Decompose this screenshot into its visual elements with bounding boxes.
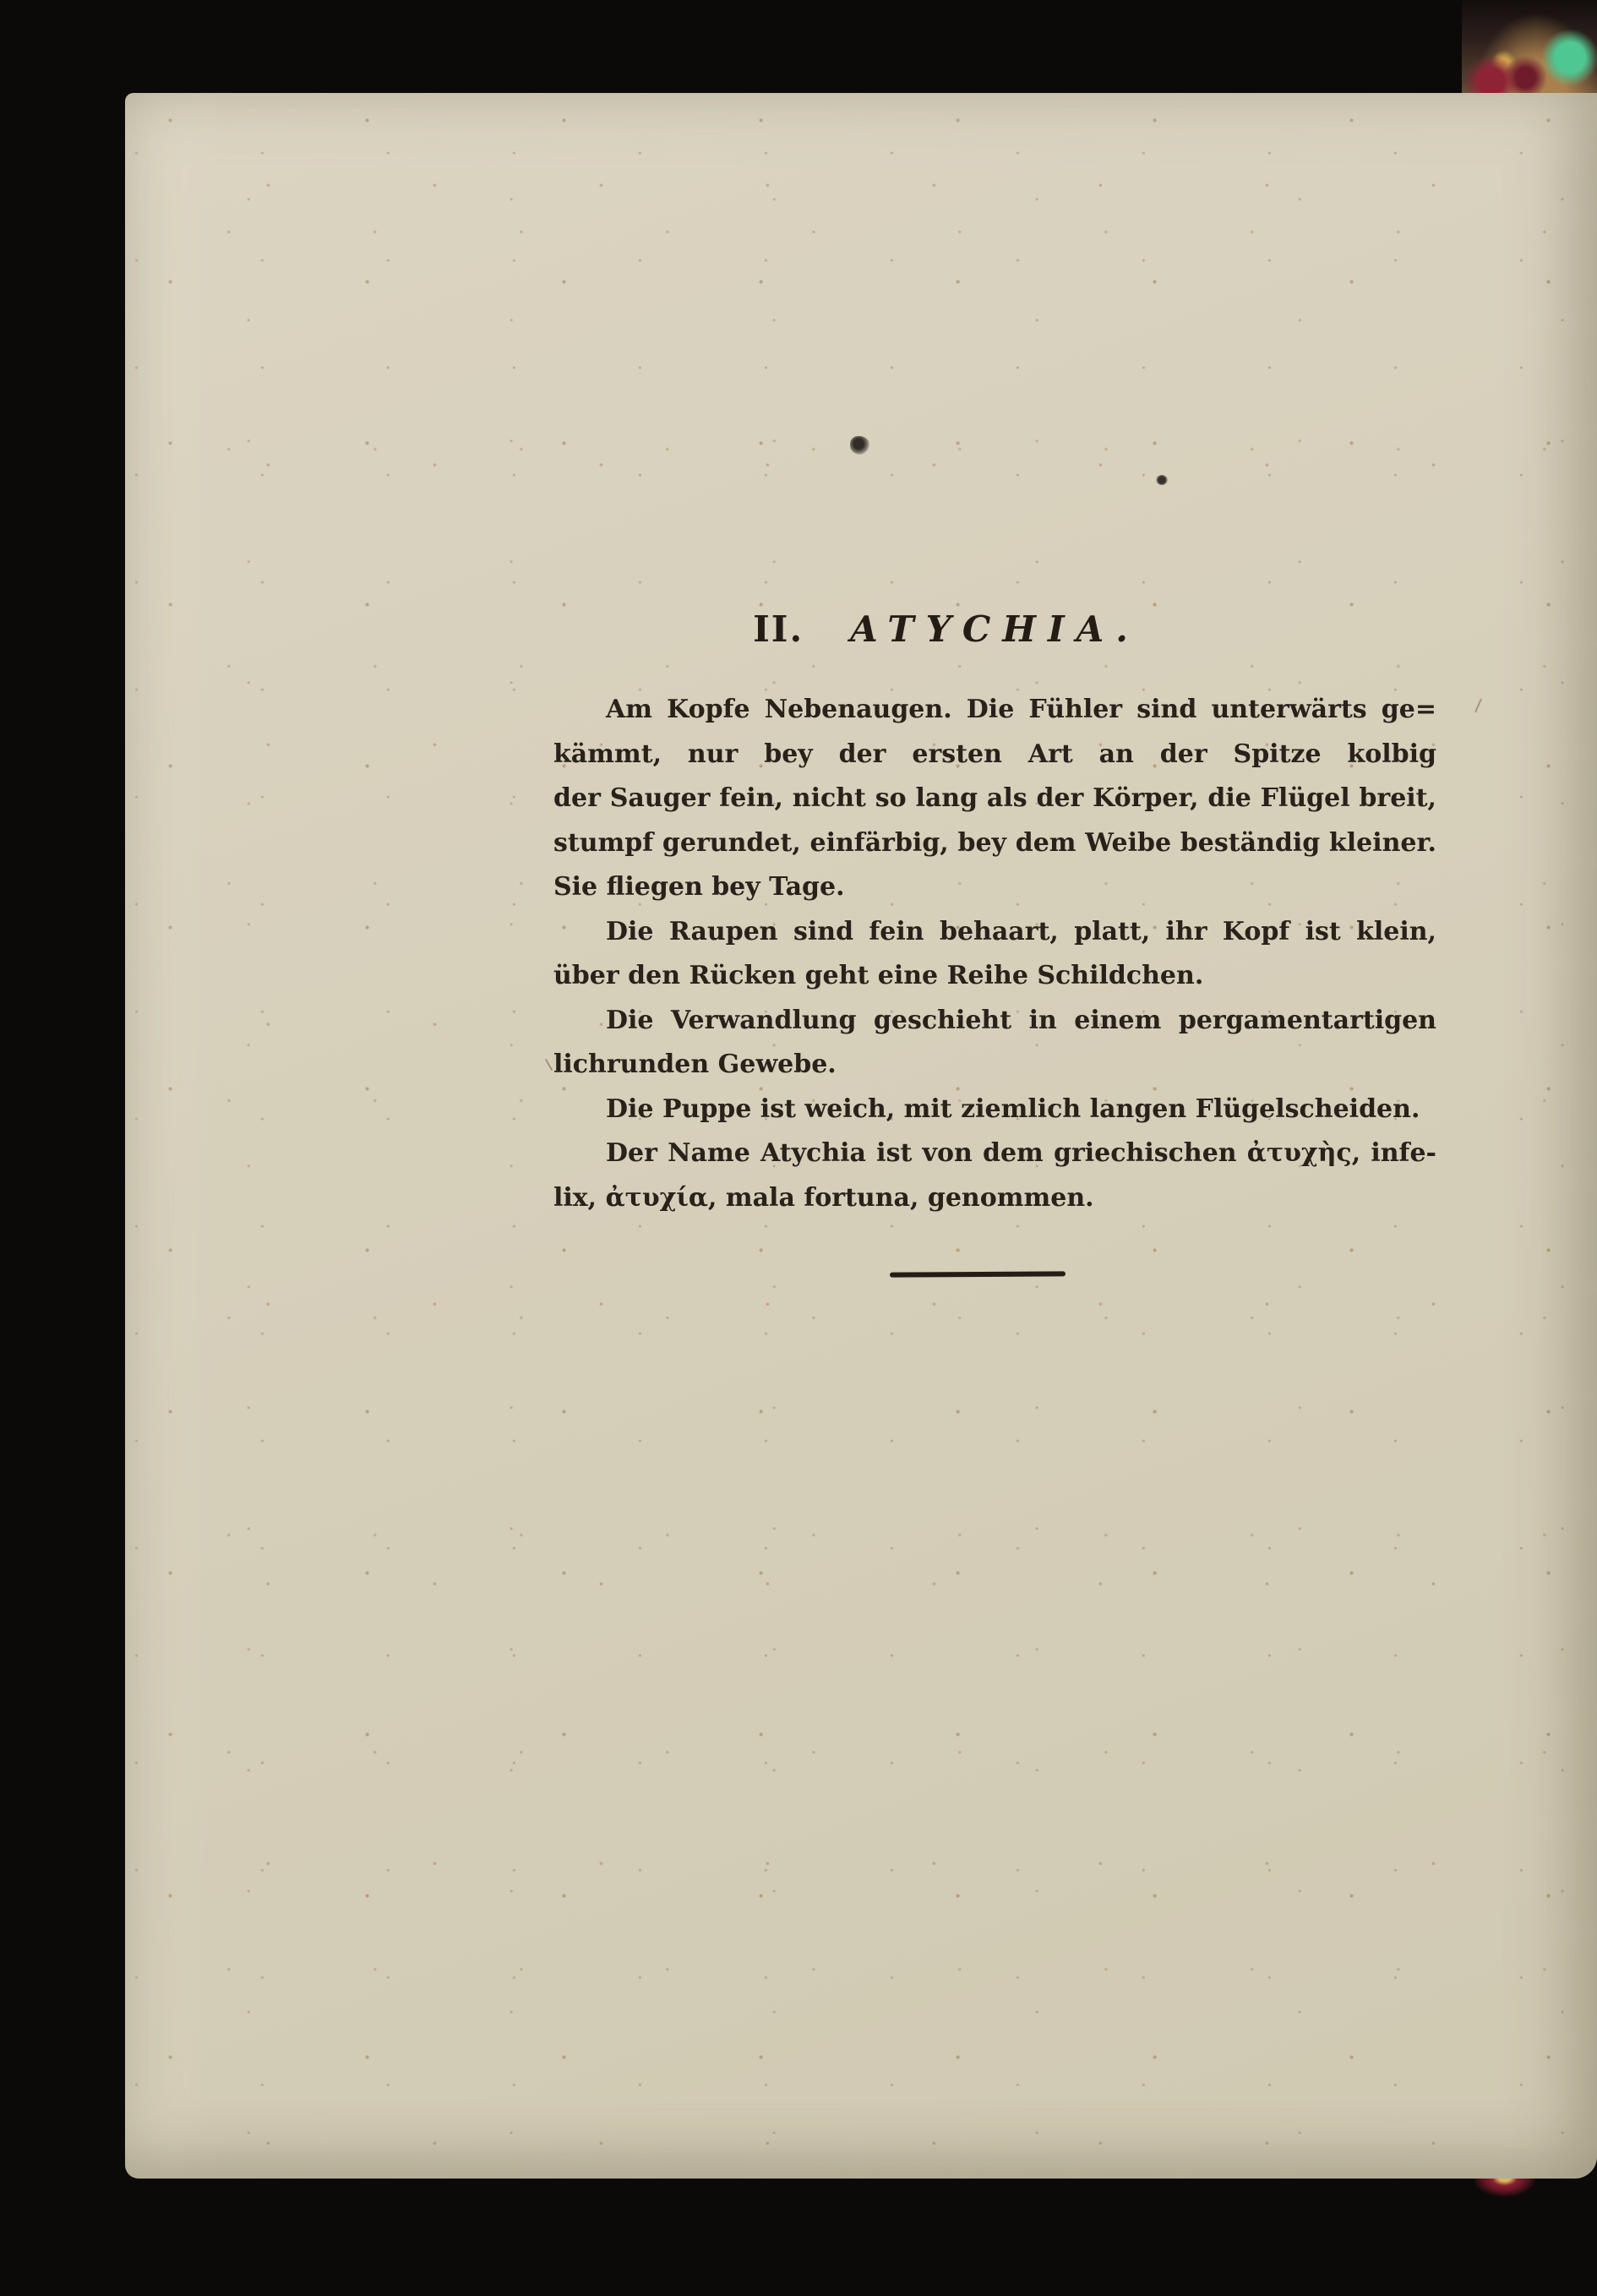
- section-numeral: II.: [753, 608, 804, 650]
- text-line: lichrunden Gewebe.: [553, 1043, 1436, 1088]
- text-line: stumpf gerundet, einfärbig, bey dem Weib…: [553, 821, 1436, 866]
- ink-smudge-dot: [1156, 475, 1168, 485]
- margin-mark-right: [1474, 698, 1490, 716]
- body-text: Am Kopfe Nebenaugen. Die Fühler sind unt…: [553, 688, 1436, 1220]
- text-line: Der Name Atychia ist von dem griechische…: [553, 1132, 1436, 1176]
- text-line: Sie fliegen bey Tage.: [553, 865, 1436, 910]
- text-line: Am Kopfe Nebenaugen. Die Fühler sind unt…: [553, 688, 1436, 733]
- text-line: kämmt, nur bey der ersten Art an der Spi…: [553, 733, 1436, 777]
- book-cover-edge-top-right: [1462, 0, 1597, 105]
- text-line: der Sauger fein, nicht so lang als der K…: [553, 777, 1436, 821]
- section-heading: II.ATYCHIA.: [553, 608, 1436, 650]
- scanner-backdrop: II.ATYCHIA. Am Kopfe Nebenaugen. Die Füh…: [0, 0, 1597, 2296]
- text-line: Die Raupen sind fein behaart, platt, ihr…: [553, 910, 1436, 955]
- text-line: Die Verwandlung geschieht in einem perga…: [553, 999, 1436, 1044]
- section-divider-rule: [890, 1271, 1066, 1277]
- text-line: Die Puppe ist weich, mit ziemlich langen…: [553, 1088, 1436, 1132]
- ink-smudge-large: [850, 436, 870, 455]
- book-page: II.ATYCHIA. Am Kopfe Nebenaugen. Die Füh…: [125, 93, 1597, 2179]
- text-line: lix, ἀτυχία, mala fortuna, genommen.: [553, 1176, 1436, 1221]
- text-line: über den Rücken geht eine Reihe Schildch…: [553, 954, 1436, 999]
- section-title: ATYCHIA.: [850, 608, 1140, 650]
